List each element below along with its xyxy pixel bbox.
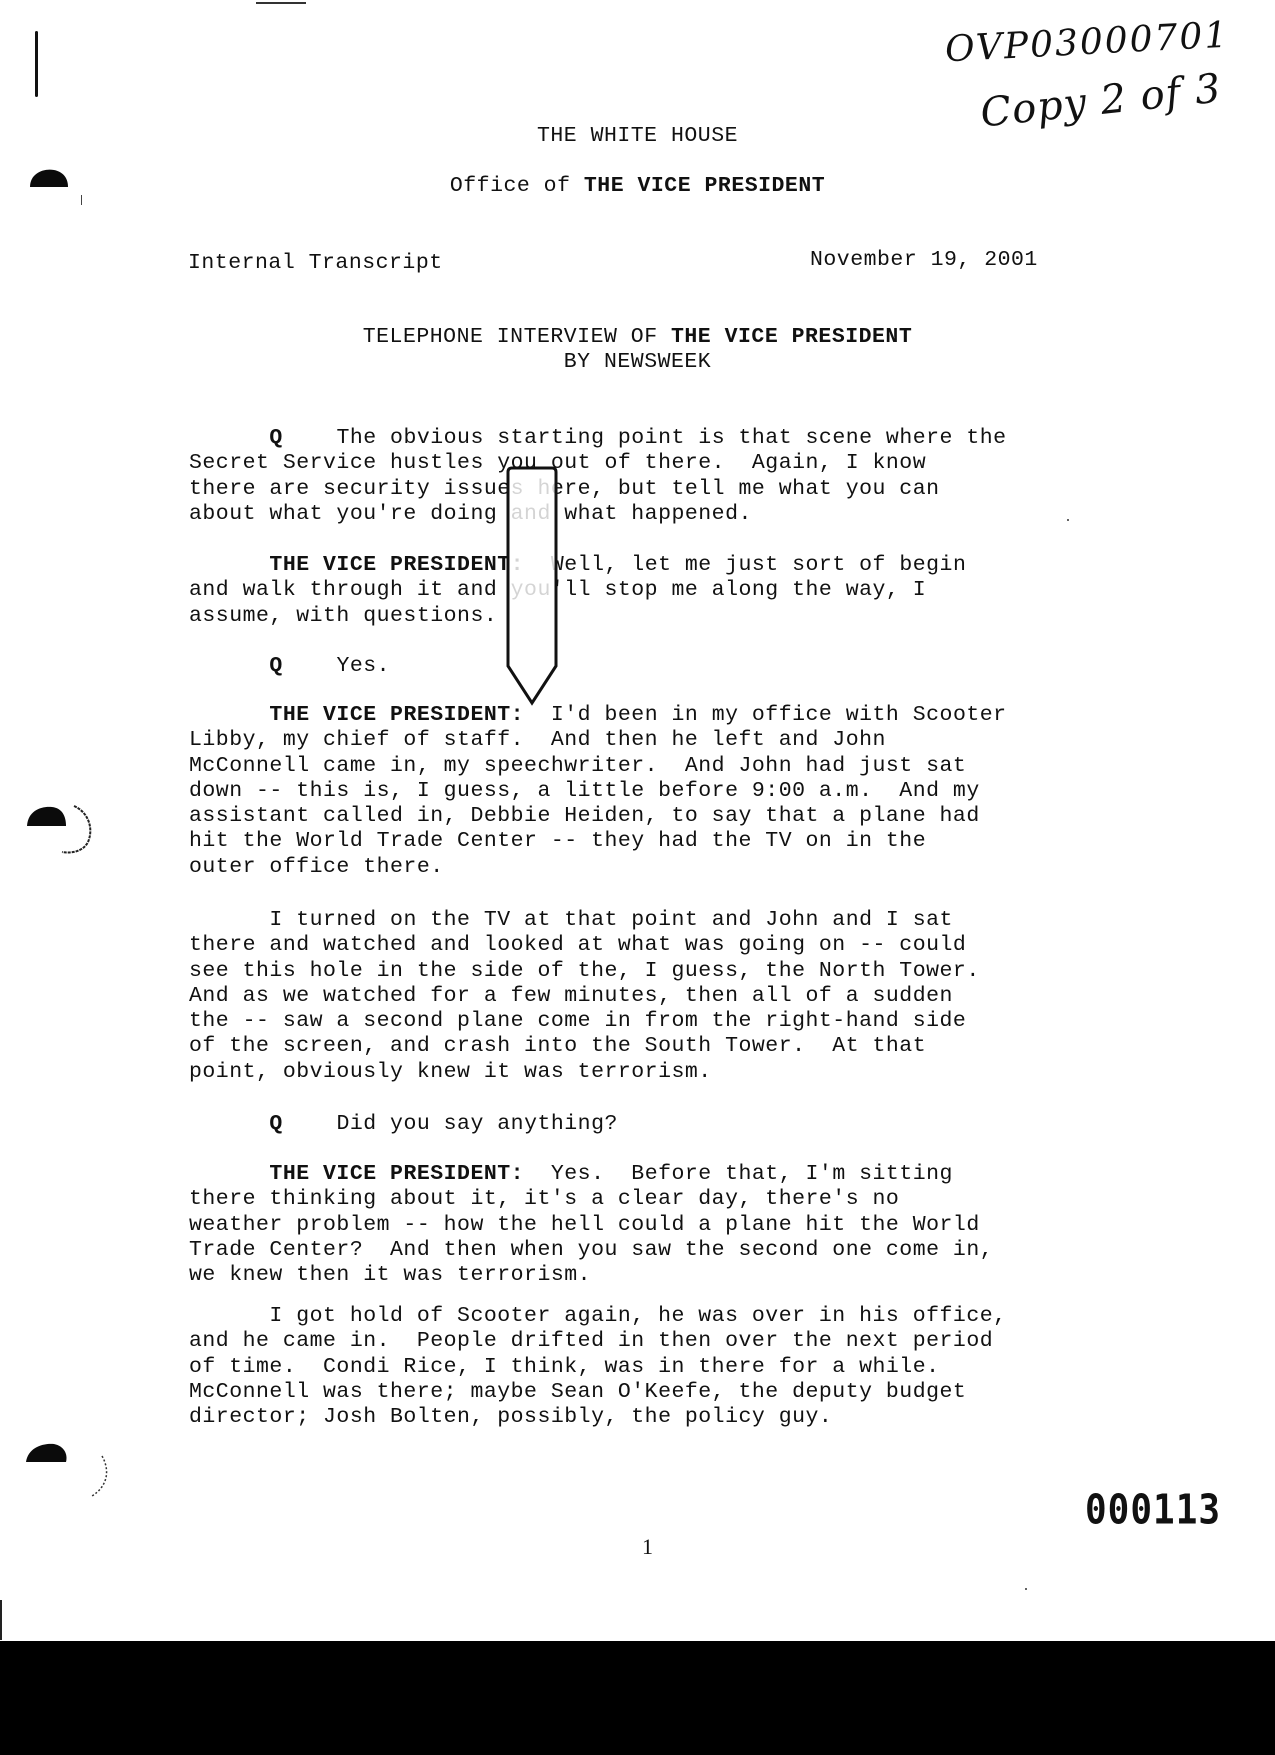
- speaker-label-vice-president: THE VICE PRESIDENT:: [269, 703, 524, 727]
- office-name: THE VICE PRESIDENT: [584, 174, 825, 198]
- transcript-paragraph: Q Did you say anything?: [189, 1112, 1129, 1137]
- transcript-line: about what you're doing and what happene…: [189, 502, 1129, 527]
- transcript-first-line: Q The obvious starting point is that sce…: [189, 426, 1129, 451]
- punch-hole-icon: [22, 1440, 112, 1510]
- transcript-paragraph: THE VICE PRESIDENT: I'd been in my offic…: [189, 703, 1129, 880]
- transcript-first-line: Q Did you say anything?: [189, 1112, 1129, 1137]
- transcript-line: hit the World Trade Center -- they had t…: [189, 829, 1129, 854]
- transcript-paragraph: Q Yes.: [189, 654, 1129, 679]
- transcript-line: of the screen, and crash into the South …: [189, 1034, 1129, 1059]
- transcript-line: and he came in. People drifted in then o…: [189, 1329, 1129, 1354]
- title-prefix: TELEPHONE INTERVIEW OF: [363, 325, 671, 349]
- scan-artifact-edge: [0, 1600, 2, 1640]
- transcript-first-line: I got hold of Scooter again, he was over…: [189, 1304, 1129, 1329]
- punch-hole-icon: [22, 794, 102, 860]
- title-subject: THE VICE PRESIDENT: [671, 325, 912, 349]
- transcript-line: assistant called in, Debbie Heiden, to s…: [189, 804, 1129, 829]
- transcript-text: I turned on the TV at that point and Joh…: [269, 908, 953, 932]
- margin-line-mark: [35, 31, 38, 97]
- transcript-first-line: I turned on the TV at that point and Joh…: [189, 908, 1129, 933]
- transcript-line: down -- this is, I guess, a little befor…: [189, 779, 1129, 804]
- transcript-line: there are security issues here, but tell…: [189, 477, 1129, 502]
- transcript-line: see this hole in the side of the, I gues…: [189, 959, 1129, 984]
- page-number: 1: [0, 1534, 1275, 1560]
- document-page: OVP03000701 Copy 2 of 3 THE WHITE HOUSE …: [0, 0, 1275, 1641]
- transcript-line: and walk through it and you'll stop me a…: [189, 578, 1129, 603]
- office-prefix: Office of: [450, 174, 584, 198]
- transcript-paragraph: THE VICE PRESIDENT: Yes. Before that, I'…: [189, 1162, 1129, 1288]
- transcript-paragraph: I turned on the TV at that point and Joh…: [189, 908, 1129, 1085]
- transcript-paragraph: THE VICE PRESIDENT: Well, let me just so…: [189, 553, 1129, 629]
- speaker-label-q: Q: [269, 426, 282, 450]
- transcript-line: weather problem -- how the hell could a …: [189, 1213, 1129, 1238]
- bookmark-flag-icon: [505, 466, 559, 706]
- transcript-line: assume, with questions.: [189, 604, 1129, 629]
- scan-artifact-top-mark: [256, 2, 306, 4]
- transcript-line: Trade Center? And then when you saw the …: [189, 1238, 1129, 1263]
- transcript-paragraph: I got hold of Scooter again, he was over…: [189, 1304, 1129, 1430]
- transcript-line: McConnell was there; maybe Sean O'Keefe,…: [189, 1380, 1129, 1405]
- transcript-text: Did you say anything?: [336, 1112, 617, 1136]
- transcript-text: Yes.: [336, 654, 390, 678]
- document-date: November 19, 2001: [810, 248, 1038, 272]
- transcript-first-line: THE VICE PRESIDENT: Well, let me just so…: [189, 553, 1129, 578]
- scan-black-band: [0, 1641, 1275, 1755]
- transcript-first-line: Q Yes.: [189, 654, 1129, 679]
- transcript-line: there and watched and looked at what was…: [189, 933, 1129, 958]
- transcript-text: The obvious starting point is that scene…: [336, 426, 1006, 450]
- speaker-label-vice-president: THE VICE PRESIDENT:: [269, 553, 524, 577]
- transcript-line: Secret Service hustles you out of there.…: [189, 451, 1129, 476]
- transcript-paragraph: Q The obvious starting point is that sce…: [189, 426, 1129, 527]
- document-subtitle: BY NEWSWEEK: [0, 350, 1275, 374]
- bates-stamp: 000113: [1085, 1487, 1221, 1534]
- organization-heading: THE WHITE HOUSE: [0, 124, 1275, 148]
- scan-speck: [1067, 519, 1069, 521]
- transcript-text: I got hold of Scooter again, he was over…: [269, 1304, 1006, 1328]
- transcript-text: Yes. Before that, I'm sitting: [551, 1162, 953, 1186]
- transcript-line: outer office there.: [189, 855, 1129, 880]
- transcript-line: there thinking about it, it's a clear da…: [189, 1187, 1129, 1212]
- document-type: Internal Transcript: [188, 251, 443, 275]
- document-title: TELEPHONE INTERVIEW OF THE VICE PRESIDEN…: [0, 325, 1275, 349]
- transcript-line: of time. Condi Rice, I think, was in the…: [189, 1355, 1129, 1380]
- transcript-text: Well, let me just sort of begin: [551, 553, 966, 577]
- transcript-line: the -- saw a second plane come in from t…: [189, 1009, 1129, 1034]
- transcript-line: director; Josh Bolten, possibly, the pol…: [189, 1405, 1129, 1430]
- transcript-text: I'd been in my office with Scooter: [551, 703, 1007, 727]
- scan-speck: [1025, 1588, 1027, 1590]
- office-heading: Office of THE VICE PRESIDENT: [0, 174, 1275, 198]
- handwritten-bates-number: OVP03000701: [944, 15, 1230, 71]
- transcript-first-line: THE VICE PRESIDENT: I'd been in my offic…: [189, 703, 1129, 728]
- speaker-label-q: Q: [269, 654, 282, 678]
- transcript-line: point, obviously knew it was terrorism.: [189, 1060, 1129, 1085]
- transcript-line: McConnell came in, my speechwriter. And …: [189, 754, 1129, 779]
- transcript-line: we knew then it was terrorism.: [189, 1263, 1129, 1288]
- transcript-first-line: THE VICE PRESIDENT: Yes. Before that, I'…: [189, 1162, 1129, 1187]
- speaker-label-q: Q: [269, 1112, 282, 1136]
- speaker-label-vice-president: THE VICE PRESIDENT:: [269, 1162, 524, 1186]
- transcript-line: And as we watched for a few minutes, the…: [189, 984, 1129, 1009]
- transcript-line: Libby, my chief of staff. And then he le…: [189, 728, 1129, 753]
